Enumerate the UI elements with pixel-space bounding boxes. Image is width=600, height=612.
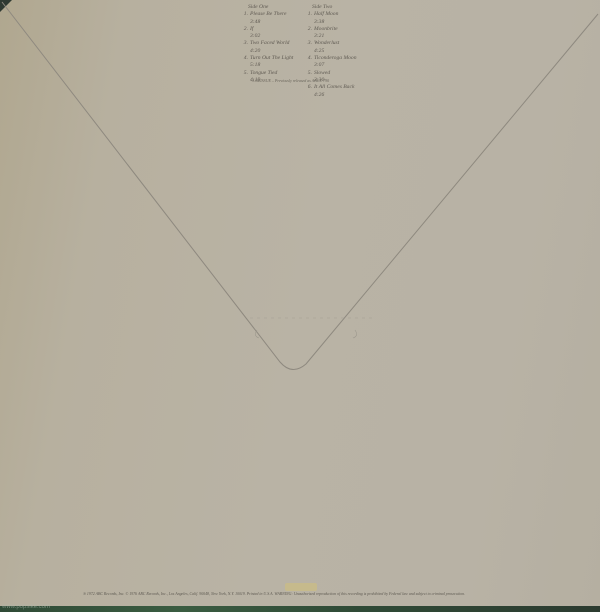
track-title: If [250, 26, 253, 32]
track-title: Turn Out The Light [250, 55, 293, 61]
track-title: It All Comes Back [314, 84, 354, 90]
track: 1.Please Be There 3:48 [240, 11, 293, 26]
track-title: Tongue Tied [250, 70, 277, 76]
track: 4.Turn Out The Light 5:18 [240, 55, 293, 70]
album-back-cover: Side One 1.Please Be There 3:48 2.If 3:0… [0, 0, 600, 612]
watermark-text: www.popsike.com [2, 604, 50, 610]
track: 4.Ticonderoga Moon 3:07 [304, 55, 357, 70]
track: 1.Half Moon 3:38 [304, 11, 357, 26]
track-duration: 4:25 [304, 48, 357, 55]
track-title: Ticonderoga Moon [314, 55, 357, 61]
track-duration: 4:20 [240, 48, 293, 55]
track-duration: 3:21 [304, 33, 357, 40]
track: 2.If 3:02 [240, 26, 293, 41]
watermark-strip: www.popsike.com [0, 606, 600, 612]
track-duration: 4:26 [304, 92, 357, 99]
record-label-logo-icon [285, 583, 317, 591]
envelope-flap-lines [0, 0, 600, 612]
track-title: Please Be There [250, 11, 286, 17]
copyright-line: ℗ 1972 ABC Records, Inc. © 1976 ABC Reco… [83, 592, 600, 596]
track-title: Half Moon [314, 11, 338, 17]
track: 6.It All Comes Back 4:26 [304, 84, 357, 99]
side-one-title: Side One [240, 4, 293, 11]
track: 3.Wonderlust 4:25 [304, 40, 357, 55]
side-two: Side Two 1.Half Moon 3:38 2.Moonbrite 3:… [304, 4, 357, 99]
track-duration: 5:18 [240, 62, 293, 69]
track: 3.Two Faced World 4:20 [240, 40, 293, 55]
track-duration: 3:38 [304, 19, 357, 26]
reissue-note: A REISSUE – Previously released as ABCX-… [252, 78, 372, 83]
track-title: Wonderlust [314, 40, 339, 46]
track-duration: 3:48 [240, 19, 293, 26]
track-duration: 3:02 [240, 33, 293, 40]
track: 2.Moonbrite 3:21 [304, 26, 357, 41]
track-title: Two Faced World [250, 40, 289, 46]
track-title: Slowed [314, 70, 330, 76]
track-duration: 3:07 [304, 62, 357, 69]
side-one: Side One 1.Please Be There 3:48 2.If 3:0… [240, 4, 293, 84]
track-title: Moonbrite [314, 26, 338, 32]
